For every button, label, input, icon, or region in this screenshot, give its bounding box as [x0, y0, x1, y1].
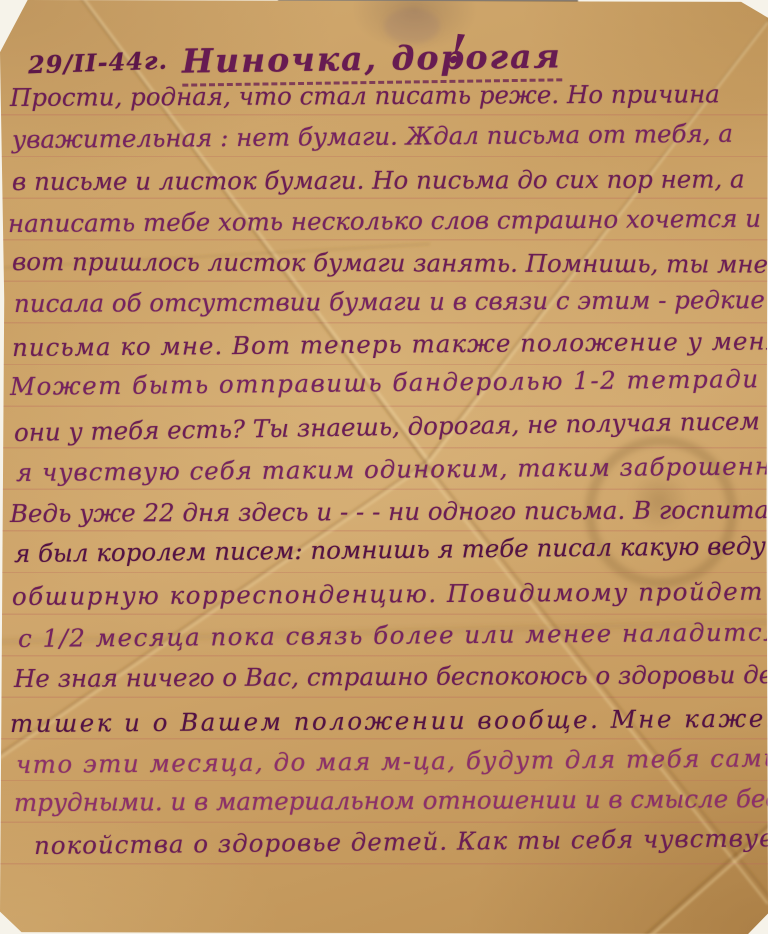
letter-date: 29/II-44г.: [28, 48, 169, 79]
letter-line: Не зная ничего о Вас, страшно беспокоюсь…: [14, 660, 768, 695]
letter-line: вот пришлось листок бумаги занять. Помни…: [12, 247, 768, 280]
letter-paper: 29/II-44г. Ниночка, дорогая ! Прости, ро…: [0, 0, 768, 934]
letter-line: тишек и о Вашем положении вообще. Мне ка…: [10, 703, 768, 739]
letter-line: Ведь уже 22 дня здесь и - - - ни одного …: [10, 495, 768, 530]
letter-salutation: Ниночка, дорогая: [182, 37, 562, 86]
letter-line: что эти месяца, до мая м-ца, будут для т…: [16, 743, 768, 781]
letter-line: обширную корреспонденцию. Повидимому про…: [12, 576, 768, 612]
letter-line: написать тебе хоть несколько слов страшн…: [8, 204, 761, 240]
letter-line: Может быть отправишь бандеролью 1-2 тетр…: [10, 363, 768, 402]
letter-line: письма ко мне. Вот теперь также положени…: [12, 326, 768, 363]
letter-line: я чувствую себя таким одиноким, таким за…: [16, 451, 768, 489]
letter-line: писала об отсутствии бумаги и в связи с …: [14, 285, 765, 320]
letter-line: трудными. и в материальном отношении и в…: [14, 784, 768, 819]
letter-line: с 1/2 месяца пока связь более или менее …: [18, 617, 768, 654]
scan-background: 29/II-44г. Ниночка, дорогая ! Прости, ро…: [0, 0, 768, 934]
letter-line: в письме и листок бумаги. Но письма до с…: [12, 164, 745, 197]
letter-line: покойства о здоровье детей. Как ты себя …: [34, 823, 768, 862]
letter-line: уважительная : нет бумаги. Ждал письма о…: [12, 119, 733, 156]
letter-line: Прости, родная, что стал писать реже. Но…: [10, 79, 720, 113]
